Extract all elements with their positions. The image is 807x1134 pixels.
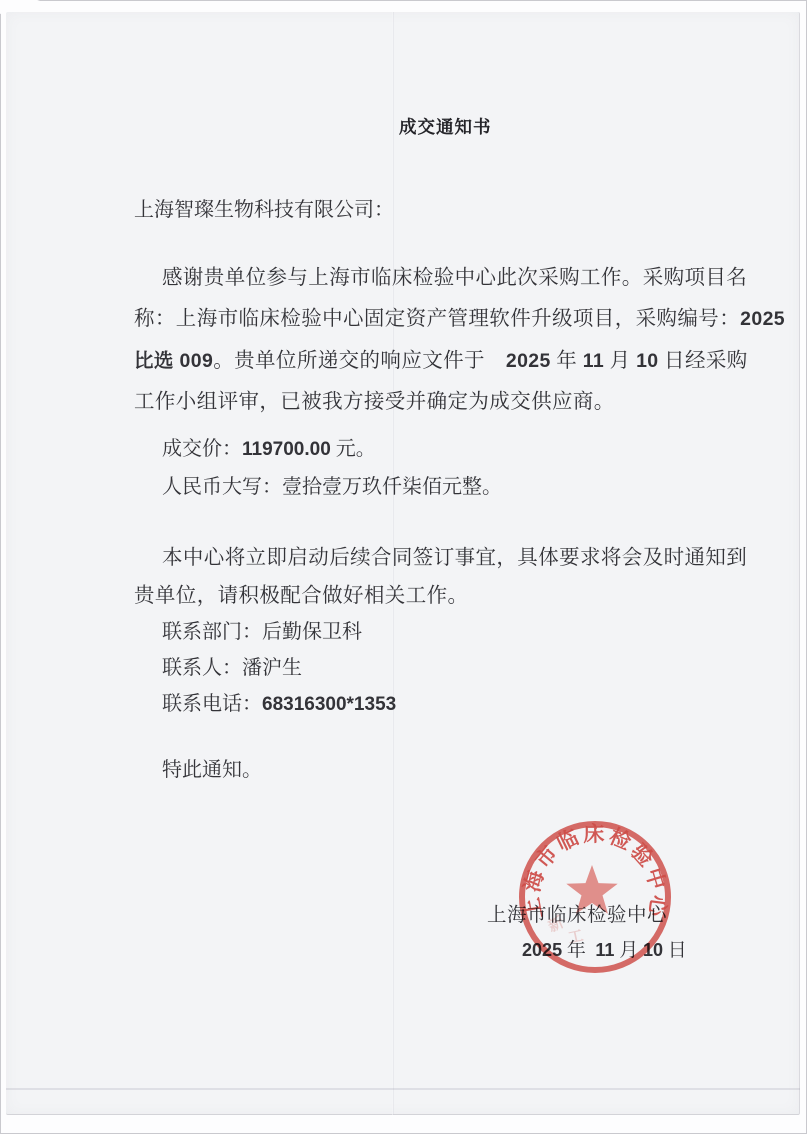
body-paragraph1-line2: 称：上海市临床检验中心固定资产管理软件升级项目，采购编号：2025 (134, 307, 785, 333)
official-red-seal: 上海市临床检验中心 新 工 (516, 818, 674, 976)
scanned-page: 成交通知书 上海智璨生物科技有限公司： 感谢贵单位参与上海市临床检验中心此次采购… (0, 0, 807, 1134)
horizontal-fold-crease (6, 1088, 800, 1090)
price-in-words-line: 人民币大写：壹拾壹万玖仟柒佰元整。 (162, 475, 502, 500)
closing-line: 特此通知。 (162, 758, 262, 783)
award-price-line: 成交价：119700.00 元。 (162, 437, 376, 462)
seal-faint-character-1: 新 (545, 913, 566, 936)
body-paragraph2-line2: 贵单位，请积极配合做好相关工作。 (134, 584, 468, 610)
body-paragraph1-line4: 工作小组评审，已被我方接受并确定为成交供应商。 (134, 390, 615, 416)
contact-phone-line: 联系电话：68316300*1353 (162, 692, 396, 717)
seal-faint-character-2: 工 (567, 928, 585, 947)
seal-ring-text: 上海市临床检验中心 (519, 822, 670, 921)
contact-person-line: 联系人：潘沪生 (162, 656, 302, 681)
contact-department-line: 联系部门：后勤保卫科 (162, 620, 362, 645)
paper-corner (0, 0, 40, 14)
body-paragraph2-line1: 本中心将立即启动后续合同签订事宜，具体要求将会及时通知到 (162, 546, 747, 572)
seal-star-icon (566, 865, 617, 914)
document-title: 成交通知书 (399, 117, 492, 139)
body-paragraph1-line3: 比选 009。贵单位所递交的响应文件于 2025 年 11 月 10 日经采购 (134, 349, 748, 375)
body-paragraph1-line1: 感谢贵单位参与上海市临床检验中心此次采购工作。采购项目名 (134, 266, 747, 292)
addressee-line: 上海智璨生物科技有限公司： (134, 198, 394, 223)
